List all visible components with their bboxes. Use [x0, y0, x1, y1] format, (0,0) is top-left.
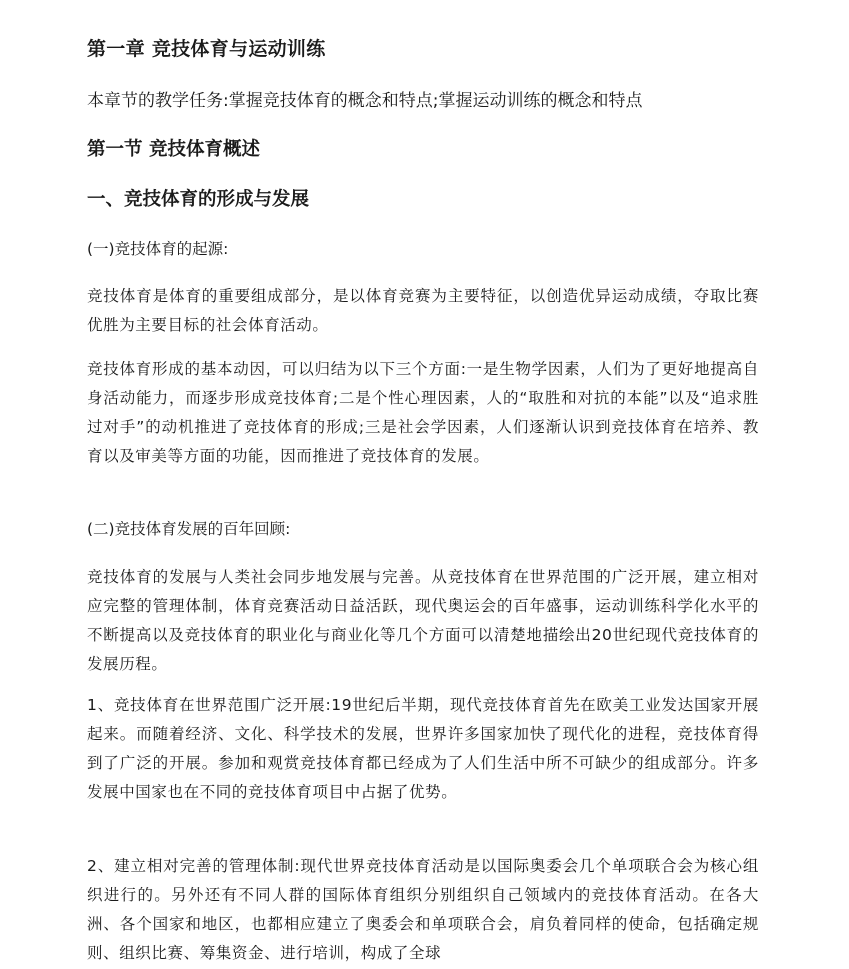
list-item-1: 1、竞技体育在世界范围广泛开展:19世纪后半期，现代竞技体育首先在欧美工业发达国…	[87, 691, 759, 807]
list-item-2: 2、建立相对完善的管理体制:现代世界竞技体育活动是以国际奥委会几个单项联合会为核…	[87, 852, 759, 968]
part1-paragraph-2: 竞技体育形成的基本动因，可以归结为以下三个方面:一是生物学因素，人们为了更好地提…	[87, 355, 759, 471]
document-page: 第一章 竞技体育与运动训练 本章节的教学任务:掌握竞技体育的概念和特点;掌握运动…	[0, 0, 849, 969]
part2-paragraph-1: 竞技体育的发展与人类社会同步地发展与完善。从竞技体育在世界范围的广泛开展，建立相…	[87, 563, 759, 679]
section-title: 第一节 竞技体育概述	[87, 137, 759, 163]
part2-heading: (二)竞技体育发展的百年回顾:	[87, 518, 759, 540]
subsection-title: 一、竞技体育的形成与发展	[87, 187, 759, 213]
teaching-task: 本章节的教学任务:掌握竞技体育的概念和特点;掌握运动训练的概念和特点	[87, 89, 759, 113]
part1-heading: (一)竞技体育的起源:	[87, 238, 759, 260]
part1-paragraph-1: 竞技体育是体育的重要组成部分，是以体育竞赛为主要特征，以创造优异运动成绩，夺取比…	[87, 282, 759, 340]
chapter-title: 第一章 竞技体育与运动训练	[87, 36, 759, 62]
